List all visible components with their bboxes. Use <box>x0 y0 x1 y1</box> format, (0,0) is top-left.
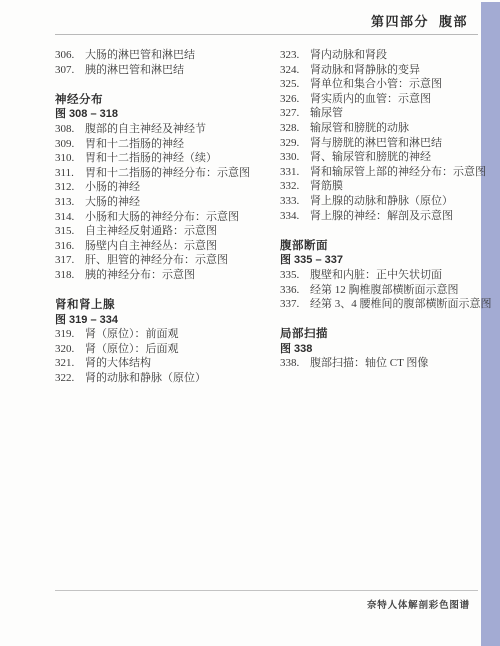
entry-title: 输尿管和膀胱的动脉 <box>310 122 409 134</box>
section-gap <box>55 283 270 299</box>
toc-entry: 309.胃和十二指肠的神经 <box>55 137 270 152</box>
entry-title: 小肠和大肠的神经分布：示意图 <box>85 211 239 223</box>
entry-number: 315. <box>55 224 81 239</box>
toc-entry: 319.肾（原位）：前面观 <box>55 327 270 342</box>
toc-column-right: 323.肾内动脉和肾段324.肾动脉和肾静脉的变异325.肾单位和集合小管：示意… <box>280 48 490 371</box>
entry-number: 331. <box>280 165 306 180</box>
entry-title: 肾筋膜 <box>310 180 343 192</box>
toc-entry: 318.胰的神经分布：示意图 <box>55 268 270 283</box>
toc-entry: 311.胃和十二指肠的神经分布：示意图 <box>55 166 270 181</box>
toc-entry: 317.肝、胆管的神经分布：示意图 <box>55 253 270 268</box>
entry-title: 肾、输尿管和膀胱的神经 <box>310 151 431 163</box>
toc-entry: 315.自主神经反射通路：示意图 <box>55 224 270 239</box>
toc-column-left: 306.大肠的淋巴管和淋巴结307.胰的淋巴管和淋巴结神经分布图 308 – 3… <box>55 48 270 386</box>
toc-entry: 308.腹部的自主神经及神经节 <box>55 122 270 137</box>
toc-entry: 336.经第 12 胸椎腹部横断面示意图 <box>280 283 490 298</box>
entry-title: 腹部的自主神经及神经节 <box>85 123 206 135</box>
entry-number: 338. <box>280 356 306 371</box>
section-gap <box>55 77 270 93</box>
entry-title: 肾的动脉和静脉（原位） <box>85 372 206 384</box>
entry-title: 胃和十二指肠的神经 <box>85 138 184 150</box>
entry-title: 大肠的淋巴管和淋巴结 <box>85 49 195 61</box>
entry-title: 肾（原位）：前面观 <box>85 328 179 340</box>
entry-title: 肾与膀胱的淋巴管和淋巴结 <box>310 137 442 149</box>
toc-entry: 314.小肠和大肠的神经分布：示意图 <box>55 210 270 225</box>
entry-number: 323. <box>280 48 306 63</box>
footer-divider <box>55 590 478 591</box>
section-heading: 局部扫描 <box>280 327 490 342</box>
entry-number: 328. <box>280 121 306 136</box>
toc-entry: 335.腹壁和内脏：正中矢状切面 <box>280 268 490 283</box>
entry-number: 311. <box>55 166 81 181</box>
toc-entry: 338.腹部扫描：轴位 CT 图像 <box>280 356 490 371</box>
toc-entry: 321.肾的大体结构 <box>55 356 270 371</box>
toc-entry: 313.大肠的神经 <box>55 195 270 210</box>
entry-number: 322. <box>55 371 81 386</box>
entry-number: 329. <box>280 136 306 151</box>
entry-number: 310. <box>55 151 81 166</box>
toc-entry: 322.肾的动脉和静脉（原位） <box>55 371 270 386</box>
entry-number: 317. <box>55 253 81 268</box>
entry-number: 306. <box>55 48 81 63</box>
entry-number: 324. <box>280 63 306 78</box>
entry-title: 肾单位和集合小管：示意图 <box>310 78 442 90</box>
toc-entry: 328.输尿管和膀胱的动脉 <box>280 121 490 136</box>
entry-number: 316. <box>55 239 81 254</box>
entry-title: 肾上腺的动脉和静脉（原位） <box>310 195 453 207</box>
figure-range: 图 338 <box>280 342 490 357</box>
entry-number: 327. <box>280 106 306 121</box>
entry-title: 胰的神经分布：示意图 <box>85 269 195 281</box>
section-gap <box>280 312 490 328</box>
entry-number: 320. <box>55 342 81 357</box>
entry-title: 肾上腺的神经：解剖及示意图 <box>310 210 453 222</box>
entry-number: 314. <box>55 210 81 225</box>
entry-number: 325. <box>280 77 306 92</box>
entry-title: 输尿管 <box>310 107 343 119</box>
entry-title: 经第 3、4 腰椎间的腹部横断面示意图 <box>310 298 492 310</box>
header-divider <box>55 34 478 35</box>
toc-entry: 325.肾单位和集合小管：示意图 <box>280 77 490 92</box>
section-gap <box>280 223 490 239</box>
entry-title: 肾的大体结构 <box>85 357 151 369</box>
entry-number: 336. <box>280 283 306 298</box>
toc-entry: 327.输尿管 <box>280 106 490 121</box>
entry-title: 肾实质内的血管：示意图 <box>310 93 431 105</box>
entry-number: 337. <box>280 297 306 312</box>
toc-entry: 329.肾与膀胱的淋巴管和淋巴结 <box>280 136 490 151</box>
entry-title: 经第 12 胸椎腹部横断面示意图 <box>310 284 459 296</box>
entry-number: 308. <box>55 122 81 137</box>
section-heading: 腹部断面 <box>280 239 490 254</box>
entry-title: 腹部扫描：轴位 CT 图像 <box>310 357 428 369</box>
toc-entry: 331.肾和输尿管上部的神经分布：示意图 <box>280 165 490 180</box>
toc-entry: 316.肠壁内自主神经丛：示意图 <box>55 239 270 254</box>
toc-entry: 326.肾实质内的血管：示意图 <box>280 92 490 107</box>
entry-number: 332. <box>280 179 306 194</box>
entry-title: 肾内动脉和肾段 <box>310 49 387 61</box>
book-title: 奈特人体解剖彩色图谱 <box>367 597 470 611</box>
section-heading: 肾和肾上腺 <box>55 298 270 313</box>
figure-range: 图 335 – 337 <box>280 253 490 268</box>
entry-number: 335. <box>280 268 306 283</box>
page-header: 第四部分腹部 <box>371 11 468 30</box>
entry-number: 333. <box>280 194 306 209</box>
entry-title: 肝、胆管的神经分布：示意图 <box>85 254 228 266</box>
book-page: 第四部分腹部 306.大肠的淋巴管和淋巴结307.胰的淋巴管和淋巴结神经分布图 … <box>0 0 500 646</box>
entry-number: 318. <box>55 268 81 283</box>
entry-number: 330. <box>280 150 306 165</box>
toc-entry: 337.经第 3、4 腰椎间的腹部横断面示意图 <box>280 297 490 312</box>
entry-number: 319. <box>55 327 81 342</box>
entry-title: 自主神经反射通路：示意图 <box>85 225 217 237</box>
entry-title: 胃和十二指肠的神经（续） <box>85 152 217 164</box>
toc-entry: 330.肾、输尿管和膀胱的神经 <box>280 150 490 165</box>
entry-number: 307. <box>55 63 81 78</box>
entry-number: 313. <box>55 195 81 210</box>
toc-entry: 334.肾上腺的神经：解剖及示意图 <box>280 209 490 224</box>
toc-entry: 307.胰的淋巴管和淋巴结 <box>55 63 270 78</box>
toc-entry: 324.肾动脉和肾静脉的变异 <box>280 63 490 78</box>
figure-range: 图 308 – 318 <box>55 107 270 122</box>
toc-entry: 312.小肠的神经 <box>55 180 270 195</box>
entry-title: 小肠的神经 <box>85 181 140 193</box>
entry-title: 肾动脉和肾静脉的变异 <box>310 64 420 76</box>
entry-title: 胰的淋巴管和淋巴结 <box>85 64 184 76</box>
entry-title: 胃和十二指肠的神经分布：示意图 <box>85 167 250 179</box>
section-heading: 神经分布 <box>55 93 270 108</box>
entry-number: 326. <box>280 92 306 107</box>
entry-number: 312. <box>55 180 81 195</box>
toc-entry: 333.肾上腺的动脉和静脉（原位） <box>280 194 490 209</box>
entry-title: 大肠的神经 <box>85 196 140 208</box>
entry-title: 肾和输尿管上部的神经分布：示意图 <box>310 166 486 178</box>
section-label: 腹部 <box>439 14 468 29</box>
entry-number: 334. <box>280 209 306 224</box>
entry-number: 309. <box>55 137 81 152</box>
toc-entry: 306.大肠的淋巴管和淋巴结 <box>55 48 270 63</box>
entry-number: 321. <box>55 356 81 371</box>
toc-entry: 323.肾内动脉和肾段 <box>280 48 490 63</box>
entry-title: 腹壁和内脏：正中矢状切面 <box>310 269 442 281</box>
toc-entry: 332.肾筋膜 <box>280 179 490 194</box>
toc-entry: 310.胃和十二指肠的神经（续） <box>55 151 270 166</box>
figure-range: 图 319 – 334 <box>55 313 270 328</box>
part-label: 第四部分 <box>371 14 429 29</box>
toc-entry: 320.肾（原位）：后面观 <box>55 342 270 357</box>
entry-title: 肾（原位）：后面观 <box>85 343 179 355</box>
entry-title: 肠壁内自主神经丛：示意图 <box>85 240 217 252</box>
